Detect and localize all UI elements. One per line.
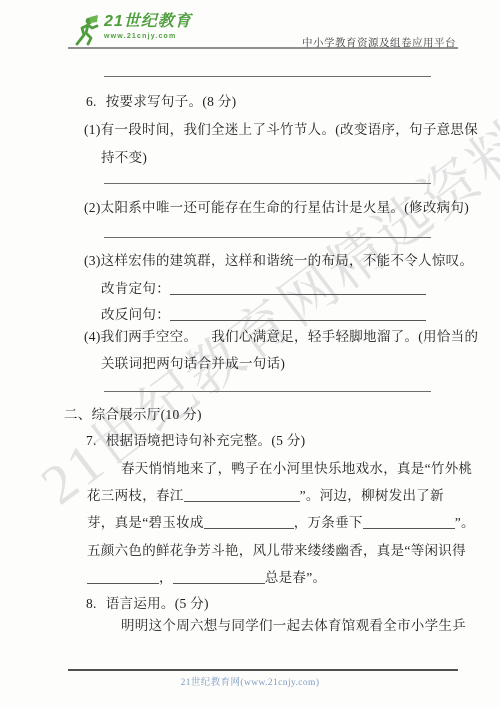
inline-answer-blank [204,516,294,529]
q7-line2-text: 花三两枝，春江 [87,488,184,503]
q8-paragraph-line1: 明明这个周六想与同学们一起去体育馆观看全市小学生乒 [121,618,466,634]
brand-logo: 21世纪教育 www.21cnjy.com [74,14,192,51]
q6-item3-line1: (3)这样宏伟的建筑群，这样和谐统一的布局，不能不令人惊叹。 [84,253,473,269]
footer-site-link[interactable]: 21世纪教育网(www.21cnjy.com) [0,674,500,688]
q6-item4-line2: 关联词把两句话合并成一句话) [101,356,285,372]
q7-paragraph-line5: ，总是春”。 [87,570,326,586]
q7-line3-text-after: ”。 [455,515,475,530]
q6-item4-sentence2: 我们心满意足，轻手轻脚地溜了。(用恰当的 [211,329,478,344]
test-paper-page: 21世纪教育网精选资料 21世纪教育 www.21cnjy.com 中小学教育资… [0,0,500,707]
answer-blank-line [104,76,431,77]
affirmative-label: 改肯定句： [101,281,170,296]
question-7-title-text: 根据语境把诗句补充完整。(5 分) [106,433,306,448]
q6-item1-line2: 持不变) [101,150,147,166]
rhetorical-label: 改反问句： [101,307,170,322]
q7-line5-text: 总是春”。 [265,570,327,585]
logo-title: 21世纪教育 [104,14,192,30]
q7-line3-text-mid: ，万条垂下 [294,515,363,530]
q6-item3-rhetorical-row: 改反问句： [101,307,426,323]
q7-paragraph-line2: 花三两枝，春江”。河边，柳树发出了新 [87,488,444,504]
logo-site-url: www.21cnjy.com [104,33,192,40]
question-7-title: 7.根据语境把诗句补充完整。(5 分) [86,433,305,449]
logo-runner-icon [74,14,100,51]
question-8-number: 8. [86,596,97,611]
q6-item1-line1: (1)有一段时间，我们全迷上了斗竹节人。(改变语序，句子意思保 [84,122,478,138]
q7-line3-text: 芽，真是“碧玉妆成 [87,515,204,530]
question-7-number: 7. [86,433,97,448]
inline-answer-blank [170,282,426,295]
question-8-title: 8.语言运用。(5 分) [86,596,209,612]
question-6-title: 6.按要求写句子。(8 分) [86,94,236,110]
inline-answer-blank [173,571,265,584]
inline-answer-blank [170,308,426,321]
question-8-title-text: 语言运用。(5 分) [106,596,209,611]
q7-paragraph-line3: 芽，真是“碧玉妆成，万条垂下”。 [87,515,475,531]
answer-blank-line [104,391,431,392]
question-6-number: 6. [86,94,97,109]
inline-answer-blank [363,516,455,529]
q7-paragraph-line1: 春天悄悄地来了，鸭子在小河里快乐地戏水，真是“竹外桃 [121,461,472,477]
answer-blank-line [104,237,431,238]
q7-paragraph-line4: 五颜六色的鲜花争芳斗艳，风儿带来缕缕幽香，真是“等闲识得 [87,543,466,559]
q6-item3-affirmative-row: 改肯定句： [101,281,426,297]
footer-divider [68,669,458,671]
q7-line2-text-after: ”。河边，柳树发出了新 [300,488,444,503]
answer-blank-line [104,183,431,184]
q6-item4-sentence1: (4)我们两手空空。 [84,329,197,344]
platform-name: 中小学教育资源及组卷应用平台 [302,35,456,50]
inline-answer-blank [184,489,300,502]
question-6-title-text: 按要求写句子。(8 分) [106,94,237,109]
inline-answer-blank [87,571,159,584]
logo-text-block: 21世纪教育 www.21cnjy.com [104,14,192,40]
q6-item4-line1: (4)我们两手空空。我们心满意足，轻手轻脚地溜了。(用恰当的 [84,329,478,345]
q6-item2-line: (2)太阳系中唯一还可能存在生命的行星估计是火星。(修改病句) [84,200,469,216]
section-2-heading: 二、综合展示厅(10 分) [64,407,202,423]
q7-line5-comma: ， [159,570,173,585]
